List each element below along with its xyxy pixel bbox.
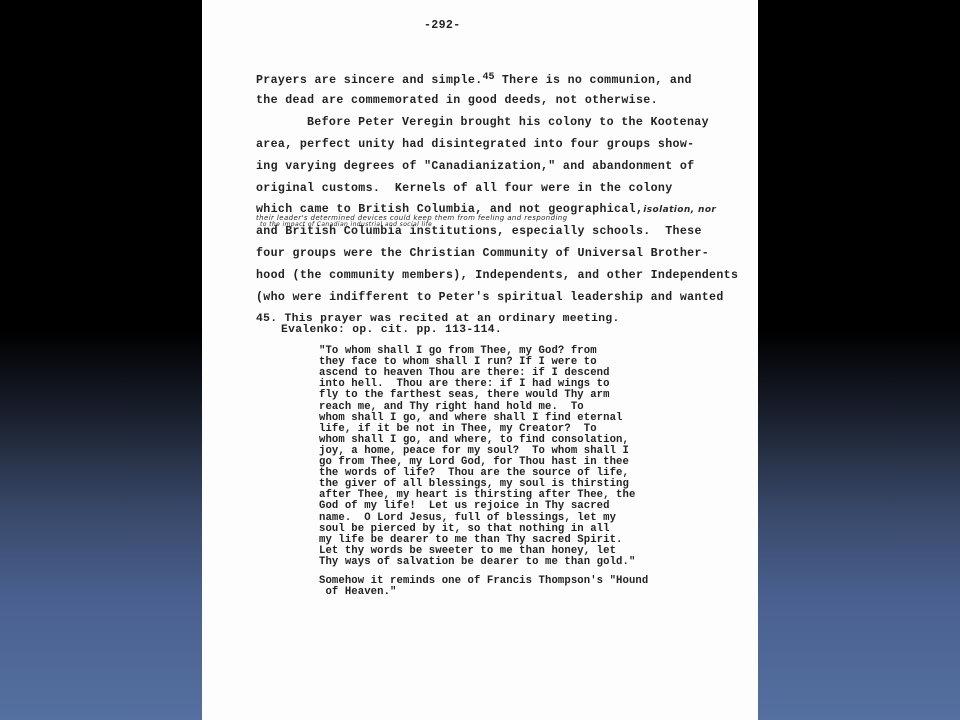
paragraph-line: four groups were the Christian Community… [256, 247, 709, 260]
footnote-reference: 45 [483, 72, 495, 83]
quote-line: soul be pierced by it, so that nothing i… [319, 524, 610, 535]
paragraph-line: Prayers are sincere and simple.45 There … [256, 72, 692, 87]
page-number: -292- [424, 19, 461, 32]
paragraph-line: and British Columbia institutions, espec… [256, 225, 702, 238]
document-page: -292- Prayers are sincere and simple.45 … [202, 0, 758, 720]
paragraph-line: hood (the community members), Independen… [256, 269, 738, 282]
paragraph-line: ing varying degrees of "Canadianization,… [256, 160, 694, 173]
paragraph-line: Before Peter Veregin brought his colony … [307, 116, 709, 129]
footnote-citation: Evalenko: op. cit. pp. 113-114. [281, 324, 502, 336]
closing-line: of Heaven." [319, 587, 397, 598]
quote-line: name. O Lord Jesus, full of blessings, l… [319, 513, 616, 524]
quote-line: reach me, and Thy right hand hold me. To [319, 402, 584, 413]
paragraph-line: (who were indifferent to Peter's spiritu… [256, 291, 724, 304]
text-fragment: There is no communion, and [495, 74, 692, 87]
handwritten-annotation: isolation, nor [643, 205, 716, 215]
quote-line: fly to the farthest seas, there would Th… [319, 390, 610, 401]
quote-line: whom shall I go, and where shall I find … [319, 413, 623, 424]
quote-line: Thy ways of salvation be dearer to me th… [319, 557, 635, 568]
paragraph-line: the dead are commemorated in good deeds,… [256, 94, 658, 107]
footnote-number: 45. [256, 313, 277, 325]
paragraph-line: original customs. Kernels of all four we… [256, 182, 673, 195]
text-fragment: Prayers are sincere and simple. [256, 74, 483, 87]
quote-line: God of my life! Let us rejoice in Thy sa… [319, 501, 610, 512]
paragraph-line: area, perfect unity had disintegrated in… [256, 138, 694, 151]
